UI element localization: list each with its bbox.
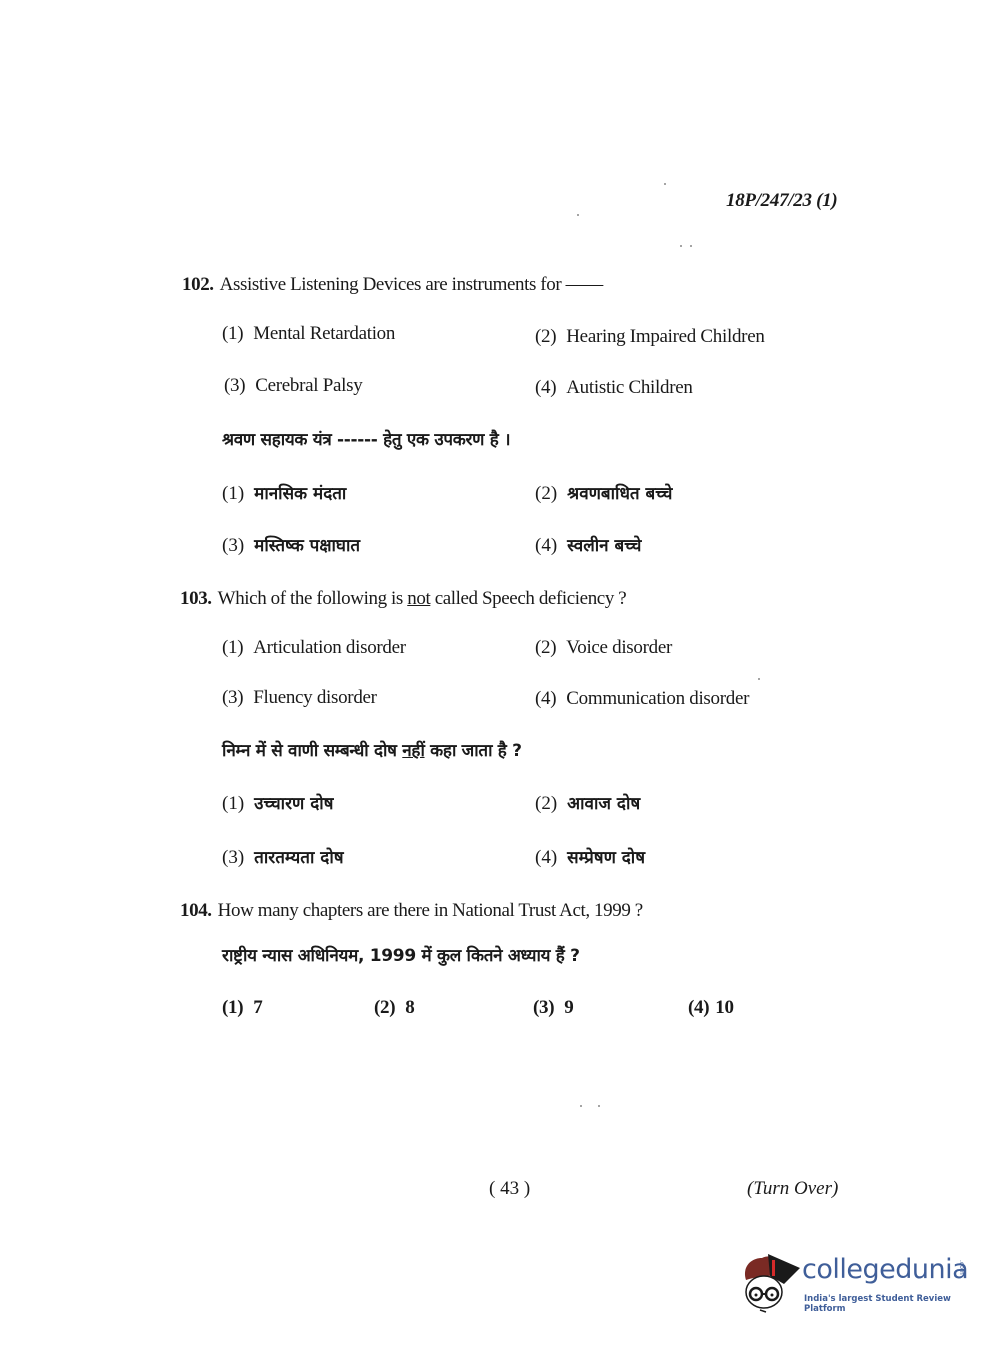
- option-text: उच्चारण दोष: [254, 794, 333, 814]
- option-text: Articulation disorder: [253, 637, 406, 658]
- brand-tagline: India's largest Student Review Platform: [804, 1294, 975, 1314]
- question-103: 103.Which of the following is not called…: [180, 588, 626, 610]
- option-text: 8: [405, 997, 414, 1018]
- option-4-en: (4)Autistic Children: [535, 377, 693, 399]
- option-text: मस्तिष्क पक्षाघात: [254, 536, 360, 556]
- option-number: (4): [535, 688, 556, 709]
- question-text-hi: श्रवण सहायक यंत्र ------ हेतु एक उपकरण ह…: [222, 427, 510, 450]
- option-text: Voice disorder: [566, 637, 672, 658]
- scan-speck: [664, 183, 666, 185]
- option-3-en: (3)Cerebral Palsy: [224, 375, 362, 397]
- option-4-hi: (4)सम्प्रेषण दोष: [535, 845, 645, 869]
- paper-code: 18P/247/23 (1): [726, 190, 837, 212]
- option-number: (4): [535, 377, 556, 398]
- option-number: (1): [222, 793, 244, 814]
- option-1-en: (1)Articulation disorder: [222, 637, 406, 659]
- question-text-en-end: called Speech deficiency ?: [430, 588, 626, 609]
- question-104: 104.How many chapters are there in Natio…: [180, 900, 643, 922]
- option-2-en: (2)Hearing Impaired Children: [535, 326, 765, 348]
- page-number: ( 43 ): [489, 1178, 530, 1200]
- brand-domain: .com: [958, 1260, 965, 1275]
- scan-speck: [690, 245, 692, 247]
- option-4-hi: (4)स्वलीन बच्चे: [535, 533, 641, 557]
- question-text-hi: राष्ट्रीय न्यास अधिनियम, 1999 में कुल कि…: [222, 943, 580, 966]
- option-text: आवाज दोष: [567, 794, 640, 814]
- option-number: (3): [222, 847, 244, 868]
- option-3-hi: (3)तारतम्यता दोष: [222, 845, 344, 869]
- question-text-en: How many chapters are there in National …: [218, 900, 643, 921]
- option-number: (1): [222, 997, 243, 1018]
- scan-speck: [680, 245, 682, 247]
- option-text: Cerebral Palsy: [255, 375, 362, 396]
- option-4: (4)10: [688, 997, 734, 1019]
- option-1-hi: (1)उच्चारण दोष: [222, 791, 334, 815]
- option-3-en: (3)Fluency disorder: [222, 687, 377, 709]
- option-number: (1): [222, 483, 244, 504]
- option-text: श्रवणबाधित बच्चे: [567, 484, 672, 504]
- question-number: 102.: [182, 274, 214, 295]
- option-number: (2): [535, 637, 556, 658]
- option-3-hi: (3)मस्तिष्क पक्षाघात: [222, 533, 360, 557]
- scan-speck: [758, 678, 760, 680]
- option-2-hi: (2)श्रवणबाधित बच्चे: [535, 481, 672, 505]
- option-text: Communication disorder: [566, 688, 749, 709]
- option-number: (4): [535, 847, 557, 868]
- question-text-hi-end: कहा जाता है ?: [425, 741, 522, 761]
- collegedunia-watermark: collegedunia .com India's largest Studen…: [740, 1250, 975, 1320]
- option-1-hi: (1)मानसिक मंदता: [222, 481, 346, 505]
- option-2-en: (2)Voice disorder: [535, 637, 672, 659]
- emphasis-not: not: [407, 588, 430, 609]
- question-102: 102.Assistive Listening Devices are inst…: [182, 274, 603, 296]
- option-number: (3): [224, 375, 245, 396]
- option-text: 9: [564, 997, 573, 1018]
- option-text: स्वलीन बच्चे: [567, 536, 641, 556]
- option-1-en: (1)Mental Retardation: [222, 323, 395, 345]
- question-text-hi-start: निम्न में से वाणी सम्बन्धी दोष: [222, 741, 402, 761]
- option-number: (4): [688, 997, 709, 1018]
- option-number: (2): [374, 997, 395, 1018]
- option-number: (1): [222, 637, 243, 658]
- option-text: 10: [715, 997, 733, 1018]
- option-text: Mental Retardation: [253, 323, 395, 344]
- question-number: 104.: [180, 900, 212, 921]
- option-number: (2): [535, 326, 556, 347]
- option-2-hi: (2)आवाज दोष: [535, 791, 640, 815]
- option-text: सम्प्रेषण दोष: [567, 848, 645, 868]
- option-text: मानसिक मंदता: [254, 484, 346, 504]
- option-1: (1)7: [222, 997, 262, 1019]
- scan-speck: [580, 1105, 582, 1107]
- option-number: (2): [535, 483, 557, 504]
- option-2: (2)8: [374, 997, 414, 1019]
- option-text: तारतम्यता दोष: [254, 848, 343, 868]
- emphasis-nahin: नहीं: [402, 741, 424, 761]
- scan-speck: [598, 1105, 600, 1107]
- option-text: 7: [253, 997, 262, 1018]
- option-number: (3): [222, 687, 243, 708]
- option-text: Hearing Impaired Children: [566, 326, 764, 347]
- option-number: (3): [533, 997, 554, 1018]
- option-3: (3)9: [533, 997, 573, 1019]
- option-text: Autistic Children: [566, 377, 692, 398]
- question-text-en: Assistive Listening Devices are instrume…: [220, 274, 603, 295]
- option-text: Fluency disorder: [253, 687, 376, 708]
- option-number: (3): [222, 535, 244, 556]
- option-number: (4): [535, 535, 557, 556]
- brand-name: collegedunia: [802, 1254, 968, 1285]
- option-number: (1): [222, 323, 243, 344]
- turn-over-note: (Turn Over): [747, 1178, 838, 1200]
- option-4-en: (4)Communication disorder: [535, 688, 749, 710]
- mascot-logo-icon: [740, 1250, 802, 1314]
- question-text-hi: निम्न में से वाणी सम्बन्धी दोष नहीं कहा …: [222, 738, 522, 761]
- question-text-en: Which of the following is: [218, 588, 408, 609]
- scan-speck: [577, 214, 579, 216]
- question-number: 103.: [180, 588, 212, 609]
- option-number: (2): [535, 793, 557, 814]
